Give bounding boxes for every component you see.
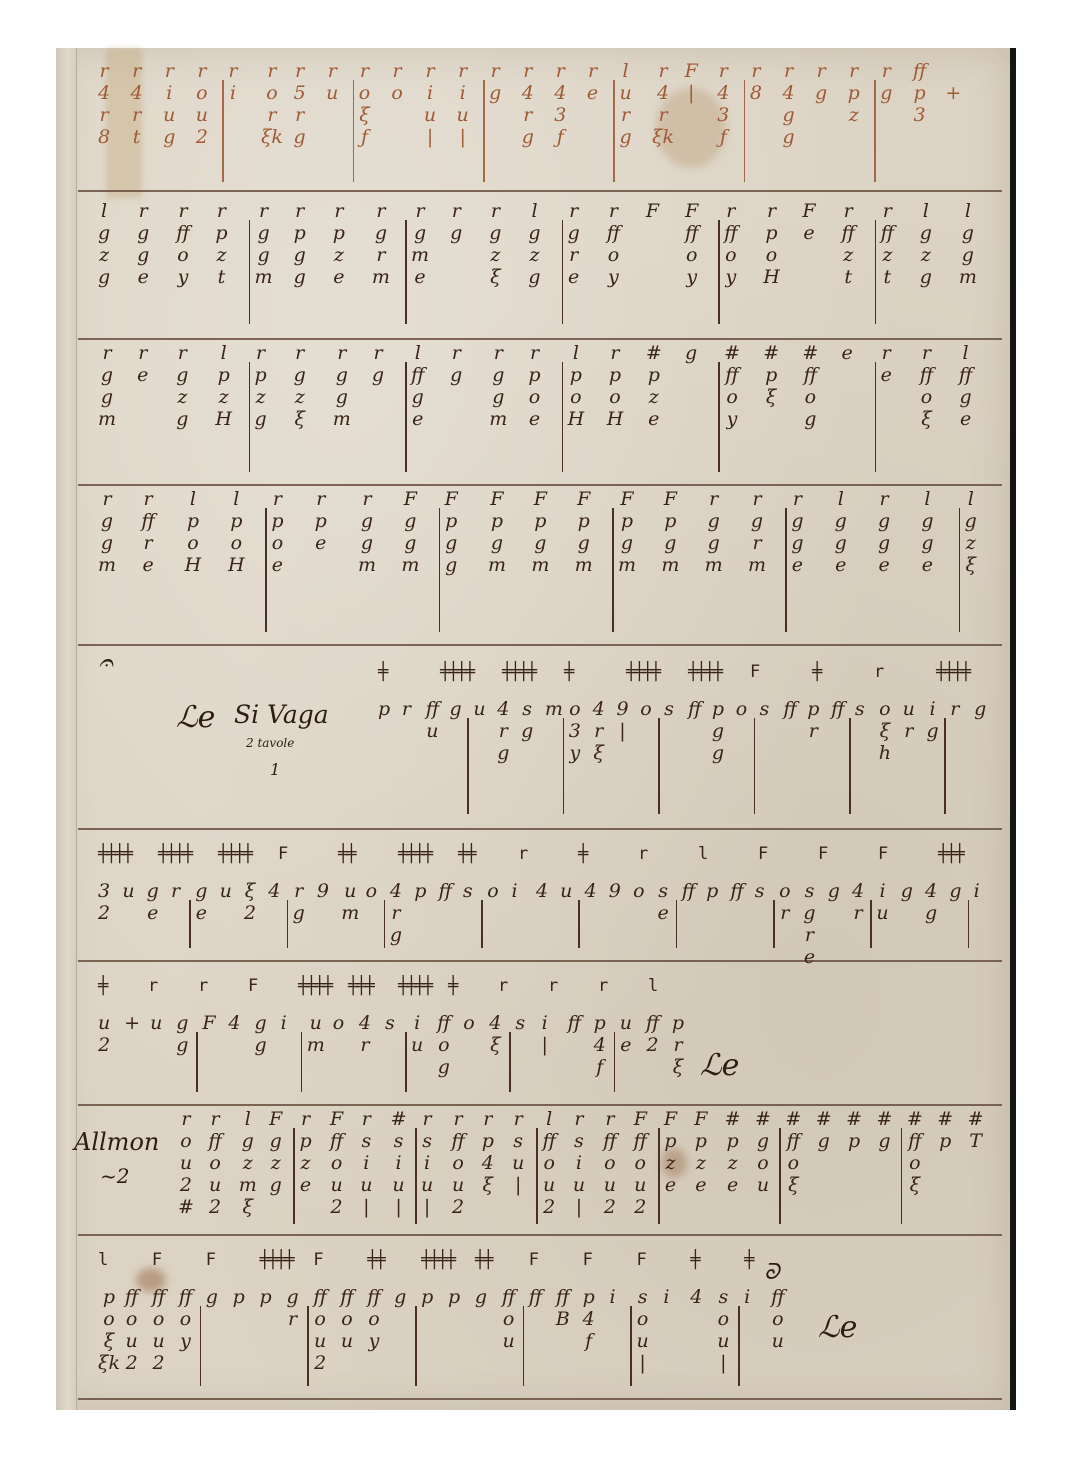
tablature-letter: 4 xyxy=(717,84,729,106)
tablature-letter: g xyxy=(450,224,462,246)
tablature-letter: ff xyxy=(426,700,439,722)
tablature-letter: 4 xyxy=(98,84,110,106)
piece-title-si-vaga: Si Vaga xyxy=(234,700,329,729)
tablature-chord: sou| xyxy=(717,1288,729,1376)
tablature-letter: s xyxy=(361,1132,371,1154)
tablature-chord: #siu| xyxy=(391,1110,407,1220)
tablature-chord: rg xyxy=(880,62,892,150)
tablature-letter: p xyxy=(255,366,267,388)
tablature-letter: | xyxy=(688,84,694,106)
tablature-letter: m xyxy=(545,700,563,722)
tablature-chord: rgrm xyxy=(748,490,766,578)
tablature-letter: p xyxy=(103,1288,115,1310)
tablature-chord: rg xyxy=(450,202,462,290)
tablature-letter: g xyxy=(450,366,462,388)
tablature-letter: i xyxy=(663,1288,669,1310)
tablature-chord: rffzt xyxy=(841,202,854,290)
tablature-letter: e xyxy=(960,410,971,432)
tablature-letter: | xyxy=(363,1198,369,1220)
tablature-chord: p xyxy=(448,1288,460,1310)
tablature-chord: #g xyxy=(816,1110,832,1154)
tablature-letter: l xyxy=(838,490,844,512)
tablature-letter: r xyxy=(295,106,304,128)
tablature-chord: lgzmξ xyxy=(239,1110,257,1220)
tablature-letter: r xyxy=(621,106,630,128)
bar-line xyxy=(901,1128,903,1224)
rhythm-flag: F xyxy=(636,1250,644,1270)
tablature-letter: ff xyxy=(725,366,738,388)
tablature-chord: lffge xyxy=(959,344,972,432)
tablature-letter: 2 xyxy=(98,904,110,926)
tablature-letter: # xyxy=(785,1110,801,1132)
tablature-chord: m xyxy=(545,700,563,722)
tablature-chord: prξ xyxy=(672,1014,684,1080)
tablature-chord: i xyxy=(512,882,518,904)
tablature-letter: p xyxy=(260,1288,272,1310)
piece-numeral: 1 xyxy=(270,760,280,779)
tablature-letter: 4 xyxy=(489,1014,501,1036)
clef-mark: ℒe xyxy=(176,700,215,735)
tablature-letter: p xyxy=(299,1132,311,1154)
tablature-letter: g xyxy=(270,1132,282,1154)
tablature-letter: i xyxy=(542,1014,548,1036)
tablature-letter: o xyxy=(391,84,402,106)
tablature-letter: g xyxy=(528,268,540,290)
rhythm-flag: ╪╪╪ xyxy=(348,976,373,996)
tablature-letter: r xyxy=(574,1110,583,1132)
tablature-letter: r xyxy=(132,106,141,128)
tablature-letter: ff xyxy=(451,1132,464,1154)
tablature-letter: g xyxy=(835,512,847,534)
tablature-letter: r xyxy=(605,1110,614,1132)
tablature-chord: r4r8 xyxy=(98,62,110,150)
tablature-letter: u xyxy=(573,1176,585,1198)
tablature-letter: i xyxy=(576,1154,582,1176)
tablature-chord: g xyxy=(901,882,913,904)
tablature-letter: o xyxy=(463,1014,474,1036)
tablature-letter: r xyxy=(171,882,180,904)
tablature-letter: s xyxy=(422,1132,432,1154)
tablature-chord: r8 xyxy=(750,62,762,150)
tablature-letter: r xyxy=(416,202,425,224)
tablature-letter: m xyxy=(705,556,723,578)
tablature-letter: r xyxy=(882,344,891,366)
tablature-chord: rsiu| xyxy=(421,1110,433,1220)
tablature-chord: rgzξ xyxy=(489,202,501,290)
tablature-letter: u xyxy=(360,1176,372,1198)
tablature-stave: r4r8r4rtriugrou2rirorξkr5rgruroξƒroriu|r… xyxy=(78,62,1002,190)
tablature-chord: e xyxy=(841,344,852,432)
tablature-letter: 4 xyxy=(522,84,534,106)
tablature-letter: u xyxy=(512,1154,524,1176)
tablature-chord: 4 xyxy=(584,882,596,904)
tablature-letter: p xyxy=(448,1288,460,1310)
tablature-letter: u xyxy=(209,1176,221,1198)
tablature-letter: g xyxy=(828,882,840,904)
tablature-letter: s xyxy=(664,700,674,722)
tablature-letter: r xyxy=(301,1110,310,1132)
tablature-letter: r xyxy=(659,106,668,128)
tablature-letter: ξ xyxy=(243,1198,253,1220)
tablature-letter: u xyxy=(152,1332,164,1354)
tablature-letter: p xyxy=(913,84,925,106)
tablature-letter: e xyxy=(412,410,423,432)
tablature-letter: g xyxy=(568,224,580,246)
tablature-letter: r xyxy=(391,904,400,926)
tablature-letter: m xyxy=(575,556,593,578)
tablature-letter: e xyxy=(881,366,892,388)
tablature-letter: ξ xyxy=(788,1176,798,1198)
tablature-letter: # xyxy=(725,1110,741,1132)
rhythm-flag: r xyxy=(598,976,606,996)
tablature-letter: r xyxy=(594,722,603,744)
tablature-chord: gg xyxy=(255,1014,267,1058)
tablature-letter: g xyxy=(901,882,913,904)
tablature-letter: t xyxy=(884,268,892,290)
tablature-letter: 4 xyxy=(390,882,402,904)
tablature-letter: 4 xyxy=(584,882,596,904)
tablature-chord: ur xyxy=(903,700,915,744)
tablature-letter: o xyxy=(196,84,207,106)
tablature-letter: o xyxy=(633,882,644,904)
tablature-letter: r xyxy=(362,1110,371,1132)
tablature-letter: r xyxy=(100,62,109,84)
rhythm-flag: ╪╪╪ xyxy=(938,844,963,864)
tablature-letter: o xyxy=(187,534,198,556)
bar-line xyxy=(613,80,615,182)
tablature-letter: 2 xyxy=(452,1198,464,1220)
tablature-letter: g xyxy=(294,246,306,268)
tablature-letter: ξ xyxy=(294,410,304,432)
tablature-letter: F xyxy=(269,1110,282,1132)
bar-line xyxy=(384,900,386,948)
tablature-chord: rgzg xyxy=(176,344,188,432)
tablature-chord: lggm xyxy=(959,202,977,290)
rhythm-flag: ╪╪ xyxy=(367,1250,383,1270)
tablature-letter: B xyxy=(556,1310,570,1332)
tablature-chord: #ffoξ xyxy=(785,1110,801,1198)
manuscript-page: r4r8r4rtriugrou2rirorξkr5rgruroξƒroriu|r… xyxy=(56,48,1010,1410)
bar-line xyxy=(658,718,660,814)
tablature-letter: u xyxy=(560,882,572,904)
tablature-letter: 2 xyxy=(98,1036,110,1058)
tablature-letter: m xyxy=(358,556,376,578)
tablature-letter: z xyxy=(843,246,853,268)
binding-edge xyxy=(56,48,77,1410)
tablature-letter: g xyxy=(878,1132,890,1154)
tablature-letter: e xyxy=(922,556,933,578)
rhythm-flag: ╪ xyxy=(690,1250,698,1270)
rhythm-flag: l xyxy=(98,1250,106,1270)
tablature-letter: l xyxy=(923,202,929,224)
tablature-chord: 4 xyxy=(536,882,548,904)
tablature-letter: z xyxy=(849,106,859,128)
tablature-letter: g xyxy=(920,268,932,290)
tablature-letter: ff xyxy=(542,1132,555,1154)
tablature-chord: se xyxy=(657,882,668,926)
tablature-letter: z xyxy=(295,388,305,410)
tablature-letter: ξ xyxy=(966,556,976,578)
tablature-letter: o xyxy=(640,700,651,722)
tablature-letter: g xyxy=(712,722,724,744)
tablature-letter: ξ xyxy=(483,1176,493,1198)
tablature-letter: 2 xyxy=(634,1198,646,1220)
tablature-chord: #p xyxy=(846,1110,862,1154)
tablature-letter: r xyxy=(454,1110,463,1132)
tablature-letter: p xyxy=(807,700,819,722)
tablature-letter: 2 xyxy=(209,1198,221,1220)
tablature-chord: lgge xyxy=(921,490,933,578)
tablature-letter: ff xyxy=(176,224,189,246)
tablature-chord: lffou2 xyxy=(542,1110,555,1220)
tablature-chord: p4f xyxy=(583,1288,595,1354)
tablature-chord: lpoH xyxy=(228,490,245,578)
tablature-chord: s xyxy=(515,1014,525,1036)
tablature-letter: y xyxy=(569,744,580,766)
tablature-letter: r xyxy=(752,490,761,512)
tablature-letter: i xyxy=(166,84,172,106)
tablature-letter: e xyxy=(196,904,207,926)
bar-line xyxy=(415,1128,417,1224)
tablature-letter: ff xyxy=(152,1288,165,1310)
tablature-letter: F xyxy=(202,1014,215,1036)
bar-line xyxy=(265,508,267,632)
tablature-chord: s xyxy=(664,700,674,722)
segno-mark: ᘐ xyxy=(764,1260,780,1285)
tablature-letter: r xyxy=(452,202,461,224)
tablature-letter: u xyxy=(876,904,888,926)
tablature-letter: # xyxy=(846,1110,862,1132)
tablature-letter: r xyxy=(181,1110,190,1132)
tablature-chord: Fpgm xyxy=(575,490,593,578)
tablature-letter: o xyxy=(772,1310,783,1332)
bar-line xyxy=(509,1032,511,1092)
tablature-letter: ff xyxy=(804,366,817,388)
tablature-letter: m xyxy=(98,410,116,432)
tablature-letter: r xyxy=(752,534,761,556)
tablature-letter: t xyxy=(844,268,852,290)
tablature-chord: rgge xyxy=(137,202,149,290)
tablature-letter: r xyxy=(102,490,111,512)
tablature-letter: u xyxy=(636,1332,648,1354)
tablature-letter: r xyxy=(217,202,226,224)
tablature-letter: p xyxy=(187,512,199,534)
tablature-chord: ffou xyxy=(340,1288,353,1354)
tablature-letter: # xyxy=(968,1110,984,1132)
tablature-letter: | xyxy=(459,128,465,150)
tablature-chord: 4rg xyxy=(497,700,509,766)
tablature-chord: r xyxy=(402,700,411,722)
bar-line xyxy=(754,718,756,814)
tablature-letter: s xyxy=(805,882,815,904)
tablature-letter: p xyxy=(672,1014,684,1036)
tablature-chord: Fpgm xyxy=(618,490,636,578)
tablature-letter: 3 xyxy=(554,106,566,128)
tablature-chord: Fggm xyxy=(401,490,419,578)
tablature-letter: r xyxy=(256,344,265,366)
stave-rule xyxy=(78,484,1002,486)
tablature-chord: lgzg xyxy=(528,202,540,290)
tablature-letter: g xyxy=(491,534,503,556)
tablature-letter: i xyxy=(363,1154,369,1176)
tablature-chord: rggm xyxy=(98,490,116,578)
stave-rule xyxy=(78,644,1002,646)
bar-line xyxy=(307,1306,309,1386)
tablature-chord: rffzt xyxy=(881,202,894,290)
tablature-letter: g xyxy=(137,224,149,246)
tablature-letter: s xyxy=(515,1014,525,1036)
tablature-letter: ff xyxy=(634,1132,647,1154)
tablature-chord: rou2 xyxy=(196,62,208,150)
tablature-letter: r xyxy=(295,202,304,224)
tablature-letter: ξk xyxy=(98,1354,120,1376)
tablature-chord: s xyxy=(755,882,765,904)
tablature-letter: e xyxy=(620,1036,631,1058)
tablature-letter: g xyxy=(965,512,977,534)
rhythm-flag: ╪ xyxy=(812,662,820,682)
tablature-letter: | xyxy=(427,128,433,150)
tablature-letter: r xyxy=(211,1110,220,1132)
tablature-letter: o xyxy=(438,1036,449,1058)
bar-line xyxy=(968,900,970,948)
rhythm-flag: F xyxy=(878,844,886,864)
tablature-chord: ri xyxy=(228,62,237,150)
tablature-letter: 9 xyxy=(317,882,329,904)
tablature-letter: 2 xyxy=(126,1354,138,1376)
tablature-chord: rpoe xyxy=(271,490,283,578)
tablature-chord: #ffoy xyxy=(724,344,740,432)
tablature-chord: i xyxy=(663,1288,669,1310)
tablature-letter: p xyxy=(765,224,777,246)
bar-line xyxy=(200,1306,202,1386)
tablature-letter: z xyxy=(334,246,344,268)
tablature-chord: rffoξ xyxy=(920,344,933,432)
tablature-letter: l xyxy=(233,490,239,512)
bar-line xyxy=(301,1032,303,1092)
tablature-letter: ff xyxy=(908,1132,921,1154)
tablature-letter: g xyxy=(361,534,373,556)
tablature-letter: g xyxy=(791,512,803,534)
tablature-letter: g xyxy=(414,224,426,246)
tablature-letter: ff xyxy=(439,882,452,904)
tablature-letter: l xyxy=(963,344,969,366)
tablature-letter: g xyxy=(489,84,501,106)
tablature-letter: p xyxy=(727,1132,739,1154)
tablature-letter: r xyxy=(426,62,435,84)
tablature-letter: s xyxy=(513,1132,523,1154)
tablature-stave: rggmrffrelpoHlpoHrpoerperggmFggmFpggFpgm… xyxy=(78,490,1002,640)
tablature-letter: z xyxy=(666,1154,676,1176)
tablature-letter: o xyxy=(366,882,377,904)
tablature-letter: r xyxy=(809,722,818,744)
tablature-letter: F xyxy=(634,1110,647,1132)
tablature-letter: r xyxy=(523,106,532,128)
tablature-chord: Fe xyxy=(802,202,815,290)
tablature-letter: u xyxy=(310,1014,322,1036)
tablature-chord: rg xyxy=(450,344,462,432)
tablature-chord: ff xyxy=(783,700,796,722)
tablature-letter: m xyxy=(489,410,507,432)
tablature-letter: g xyxy=(685,344,697,366)
rhythm-flag: ╪╪╪╪ xyxy=(936,662,969,682)
stave-rule xyxy=(78,828,1002,830)
rhythm-flag: l xyxy=(698,844,706,864)
tablature-chord: i| xyxy=(541,1014,547,1058)
tablature-chord: iu xyxy=(876,882,888,926)
tablature-letter: g xyxy=(137,246,149,268)
tablature-letter: H xyxy=(763,268,780,290)
bar-line xyxy=(222,80,224,182)
tablature-letter: r xyxy=(610,344,619,366)
tablature-letter: u xyxy=(457,106,469,128)
tablature-letter: y xyxy=(727,410,738,432)
tablature-chord: rsu| xyxy=(512,1110,524,1198)
tablature-letter: p xyxy=(765,366,777,388)
tablature-letter: i xyxy=(414,1014,420,1036)
tablature-chord: p xyxy=(233,1288,245,1310)
tablature-chord: lpoH xyxy=(568,344,585,432)
tablature-chord: ff xyxy=(439,882,452,904)
stave-rule xyxy=(78,1234,1002,1236)
tablature-chord: i xyxy=(744,1288,750,1310)
tablature-letter: z xyxy=(882,246,892,268)
tablature-chord: ffou2 xyxy=(313,1288,326,1376)
tablature-letter: r xyxy=(294,882,303,904)
bar-line xyxy=(405,220,407,324)
tablature-chord: rffou2 xyxy=(603,1110,616,1220)
tablature-chord: #p xyxy=(937,1110,953,1154)
rhythm-flag: r xyxy=(638,844,646,864)
tablature-letter: e xyxy=(529,410,540,432)
rhythm-flag: ╪╪╪╪ xyxy=(218,844,251,864)
bar-line xyxy=(738,1306,740,1386)
tablature-letter: r xyxy=(360,1036,369,1058)
tablature-chord: rpe xyxy=(315,490,327,578)
tablature-letter: o xyxy=(726,388,737,410)
tablature-letter: g xyxy=(920,224,932,246)
tablature-letter: g xyxy=(960,388,972,410)
tablature-chord: rg xyxy=(489,62,501,150)
tablature-letter: ff xyxy=(313,1288,326,1310)
tablature-letter: g xyxy=(438,1058,450,1080)
tablature-letter: g xyxy=(782,106,794,128)
tablature-letter: o xyxy=(359,84,370,106)
tablature-chord: rgre xyxy=(568,202,580,290)
tablature-chord: p xyxy=(414,882,426,904)
tablature-letter: r xyxy=(295,344,304,366)
tablature-letter: g xyxy=(336,366,348,388)
tablature-letter: r xyxy=(267,62,276,84)
tablature-letter: s xyxy=(718,1288,728,1310)
tablature-letter: s xyxy=(385,1014,395,1036)
tablature-letter: e xyxy=(648,410,659,432)
tablature-letter: g xyxy=(751,512,763,534)
tablature-letter: g xyxy=(880,84,892,106)
tablature-letter: e xyxy=(841,344,852,366)
tablature-letter: e xyxy=(727,1176,738,1198)
tablature-letter: r xyxy=(780,904,789,926)
tablature-letter: e xyxy=(414,268,425,290)
tablature-chord: 9 xyxy=(609,882,621,904)
tablature-letter: u xyxy=(341,1332,353,1354)
tablature-letter: g xyxy=(294,268,306,290)
tablature-letter: # xyxy=(802,344,818,366)
tablature-chord: Fgzg xyxy=(269,1110,282,1198)
tablature-letter: # xyxy=(816,1110,832,1132)
tablature-letter: o xyxy=(635,1154,646,1176)
tablature-letter: g xyxy=(390,926,402,948)
tablature-chord: o xyxy=(640,700,651,722)
